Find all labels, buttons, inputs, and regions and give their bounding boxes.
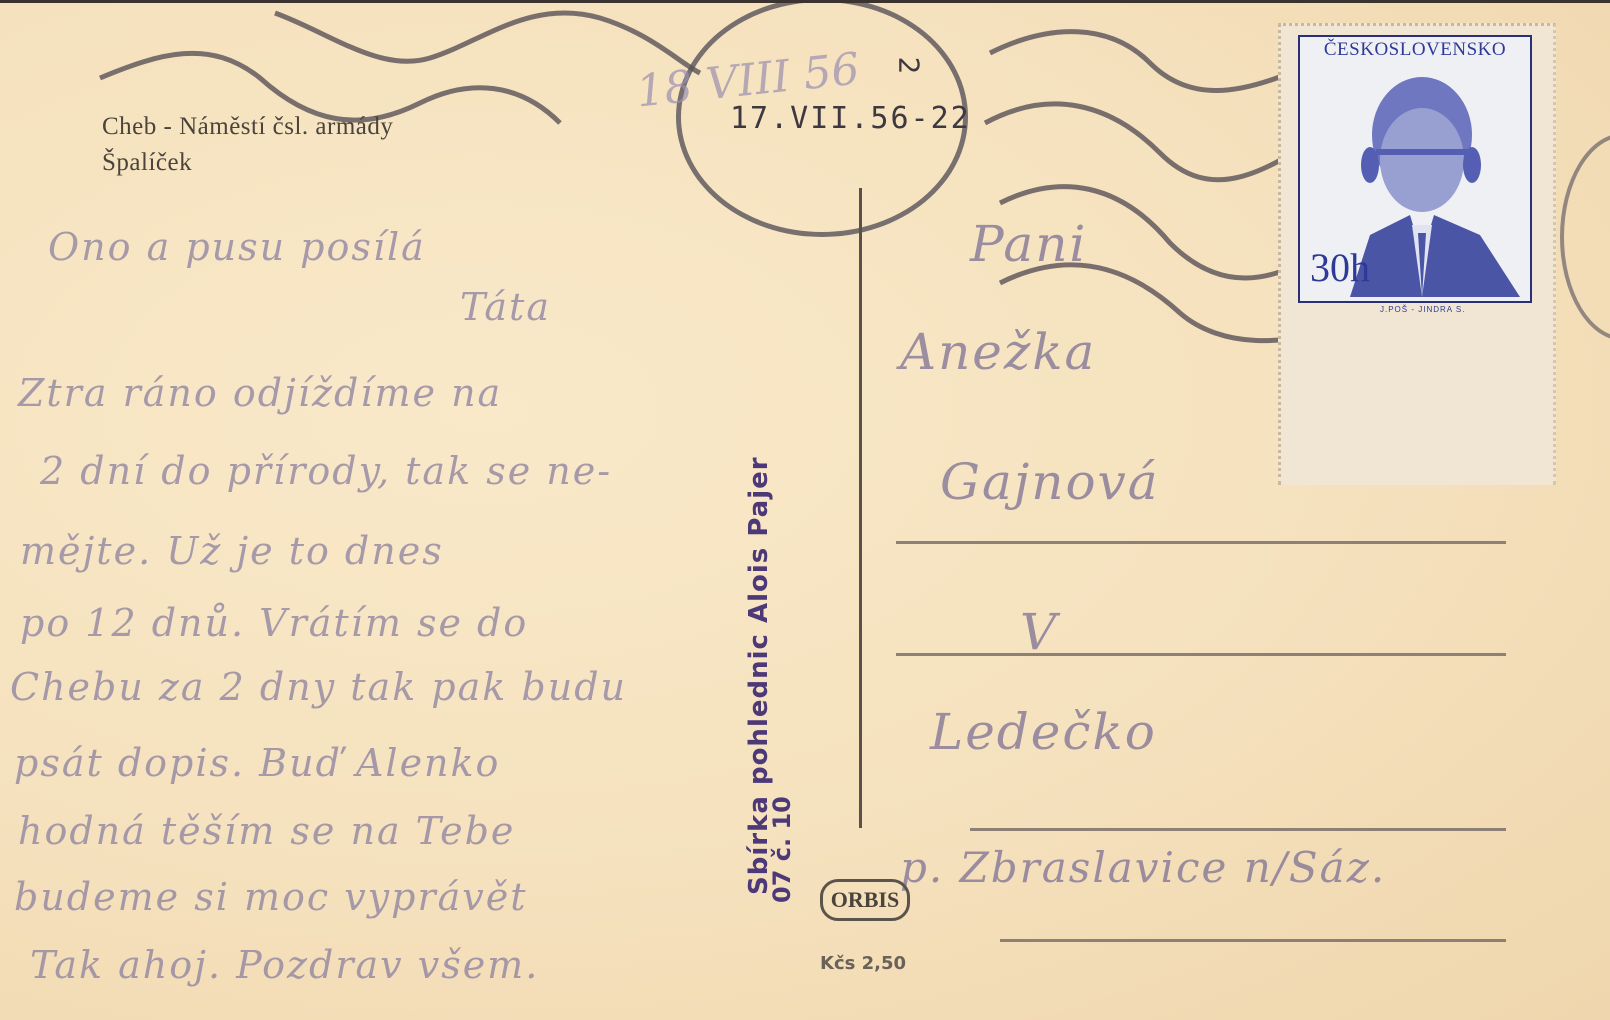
collector-stamp-line3: č. 10: [768, 796, 796, 861]
message-line: po 12 dnů. Vrátím se do: [20, 601, 528, 645]
postmark-date: 17.VII.56-22: [730, 101, 971, 136]
postcard: Cheb - Náměstí čsl. armády Špalíček 17.V…: [0, 0, 1610, 1020]
collector-stamp-number: 07 č. 10: [768, 796, 796, 903]
publisher-logo: ORBIS: [820, 879, 910, 921]
stamp-country: ČESKOSLOVENSKO: [1300, 39, 1530, 61]
address-line-2: [896, 653, 1506, 656]
address-line-text: Ledečko: [930, 703, 1157, 761]
collector-stamp-line2: 07: [768, 870, 796, 903]
address-line-text: Gajnová: [940, 453, 1160, 511]
caption-location: Cheb - Náměstí čsl. armády: [102, 109, 393, 145]
postmark-side-number: 2: [892, 57, 925, 75]
message-line: Chebu za 2 dny tak pak budu: [10, 665, 627, 709]
address-line-1: [896, 541, 1506, 544]
address-line-text: p. Zbraslavice n/Sáz.: [900, 843, 1386, 892]
message-line: hodná těším se na Tebe: [18, 809, 515, 853]
postcard-caption: Cheb - Náměstí čsl. armády Špalíček: [102, 109, 393, 181]
message-line: Ztra ráno odjíždíme na: [18, 371, 502, 415]
stamp-engraver: J.POŠ - JINDRA S.: [1380, 305, 1465, 314]
address-line-text: Anežka: [900, 323, 1096, 381]
message-line: psát dopis. Buď Alenko: [14, 741, 500, 785]
message-line: budeme si moc vyprávět: [14, 875, 528, 919]
portrait-engraving-icon: [1330, 65, 1530, 297]
price-label: Kčs 2,50: [820, 953, 906, 974]
message-line: 2 dní do přírody, tak se ne-: [40, 449, 612, 493]
message-line: Tak ahoj. Pozdrav všem.: [30, 943, 539, 987]
address-line-4: [1000, 939, 1506, 942]
address-line-3: [970, 828, 1506, 831]
message-line: Táta: [460, 285, 551, 329]
message-address-divider: [859, 188, 862, 828]
address-line-text: Pani: [970, 215, 1087, 273]
message-line: Ono a pusu posílá: [48, 225, 426, 269]
caption-subtitle: Špalíček: [102, 145, 393, 181]
message-line: mějte. Už je to dnes: [20, 529, 444, 573]
address-line-text: V: [1020, 603, 1058, 661]
